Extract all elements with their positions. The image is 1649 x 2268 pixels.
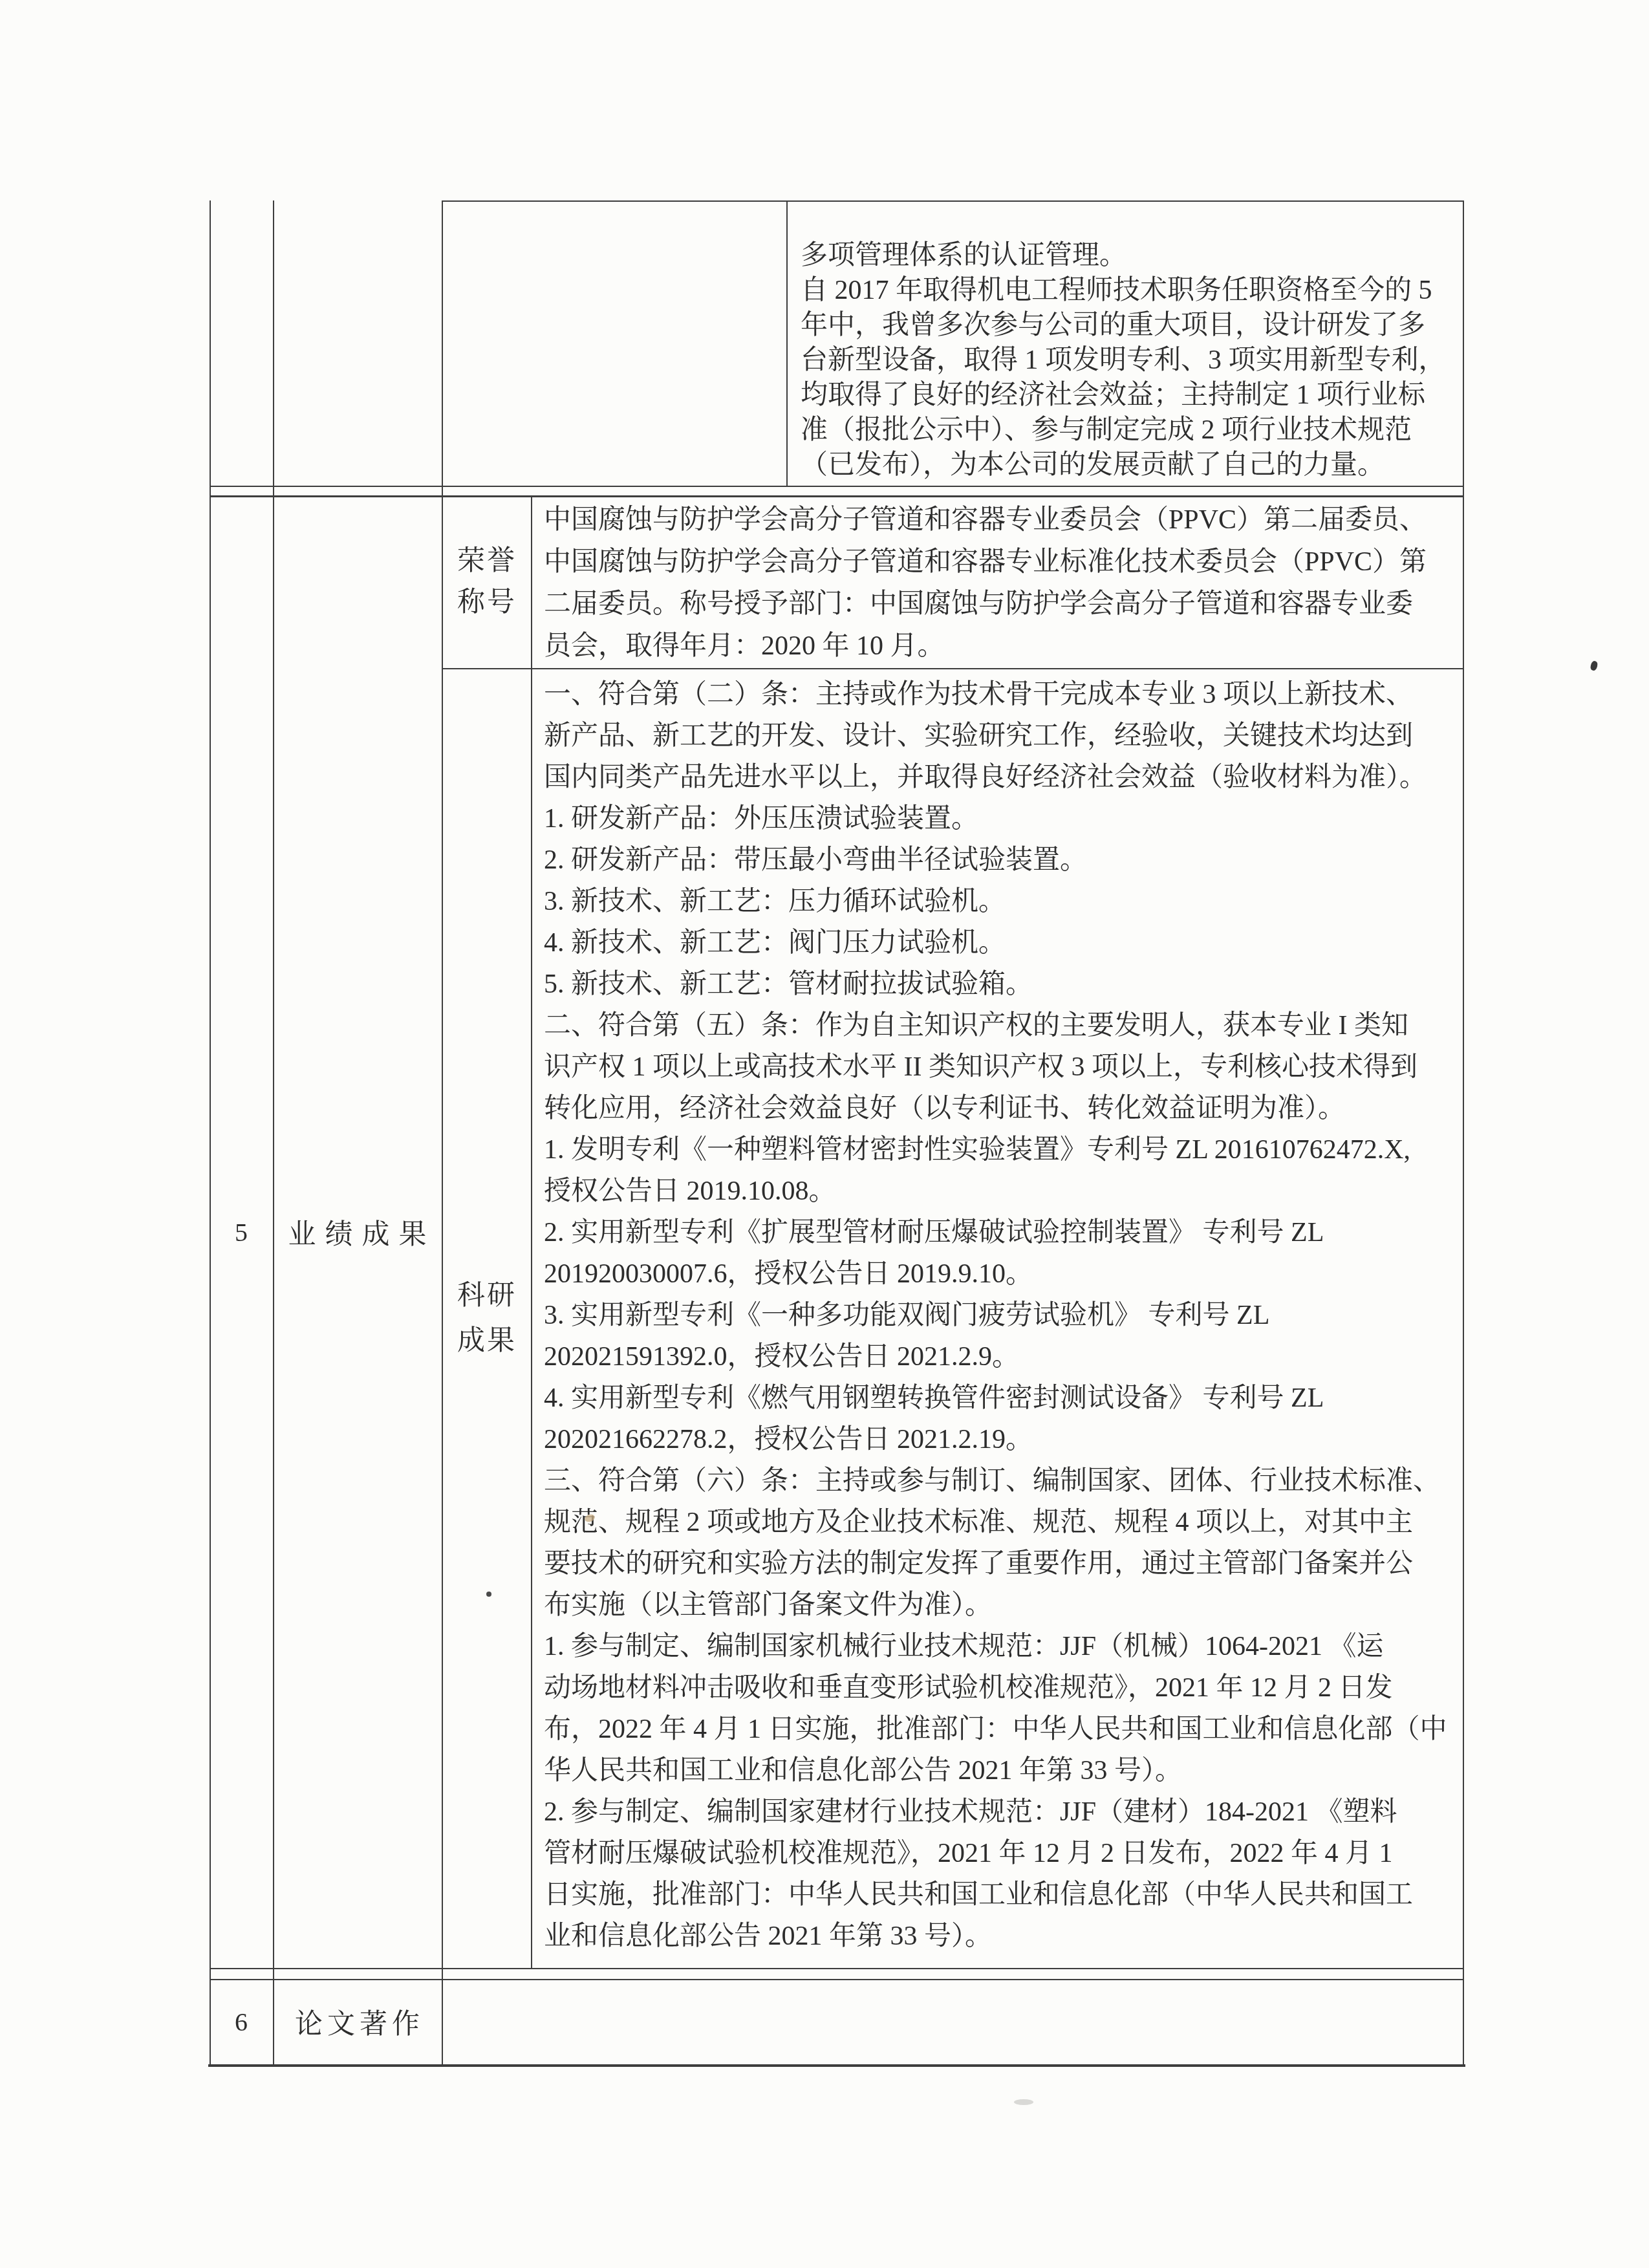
text-line: 二届委员。称号授予部门：中国腐蚀与防护学会高分子管道和容器专业委: [544, 583, 1458, 625]
text-line: 3. 新技术、新工艺：压力循环试验机。: [544, 881, 1458, 922]
table-border-honor-research-divider: [442, 668, 1464, 669]
text-line: 识产权 1 项以上或高技术水平 II 类知识产权 3 项以上，专利核心技术得到: [544, 1046, 1458, 1088]
text-line: 1. 研发新产品：外压压溃试验装置。: [544, 798, 1458, 839]
text-line: 中国腐蚀与防护学会高分子管道和容器专业标准化技术委员会（PPVC）第: [544, 541, 1458, 583]
text-line: 多项管理体系的认证管理。: [801, 238, 1455, 273]
text-line: 2. 参与制定、编制国家建材行业技术规范：JJF（建材）184-2021 《塑料: [544, 1791, 1458, 1833]
text-line: 5. 新技术、新工艺：管材耐拉拔试验箱。: [544, 964, 1458, 1005]
text-line: 员会，取得年月：2020 年 10 月。: [544, 625, 1458, 667]
text-line: 国内同类产品先进水平以上，并取得良好经济社会效益（验收材料为准）。: [544, 757, 1458, 798]
text-line: 管材耐压爆破试验机校准规范》，2021 年 12 月 2 日发布，2022 年 …: [544, 1833, 1458, 1874]
text-line: 准（报批公示中）、参与制定完成 2 项行业技术规范: [801, 413, 1455, 448]
text-line: 一、符合第（二）条：主持或作为技术骨干完成本专业 3 项以上新技术、: [544, 674, 1458, 715]
text-line: 201920030007.6，授权公告日 2019.9.10。: [544, 1253, 1458, 1295]
table-border-row5-divider-upper: [210, 486, 1464, 487]
text-line: 业和信息化部公告 2021 年第 33 号）。: [544, 1916, 1458, 1957]
text-line: 3. 实用新型专利《一种多功能双阀门疲劳试验机》 专利号 ZL: [544, 1295, 1458, 1336]
text-line: 荣誉: [457, 541, 517, 582]
text-line: 布，2022 年 4 月 1 日实施，批准部门：中华人民共和国工业和信息化部（中: [544, 1709, 1458, 1750]
table-border-right: [1463, 200, 1464, 2067]
research-achievements-content-cell: 一、符合第（二）条：主持或作为技术骨干完成本专业 3 项以上新技术、新产品、新工…: [544, 674, 1458, 1957]
text-line: 新产品、新工艺的开发、设计、实验研究工作，经验收，关键技术均达到: [544, 715, 1458, 757]
scan-speck: [1590, 660, 1599, 671]
text-line: 成果: [457, 1319, 517, 1364]
text-line: 授权公告日 2019.10.08。: [544, 1171, 1458, 1212]
scan-smudge: [1014, 2099, 1033, 2105]
research-achievements-label-cell: 科研成果: [443, 669, 531, 1968]
table-border-row5-sublabel: [531, 495, 532, 1969]
text-line: 202021591392.0，授权公告日 2021.2.9。: [544, 1336, 1458, 1377]
table-border-row6-divider-upper: [210, 1968, 1464, 1969]
continuation-text-cell: 多项管理体系的认证管理。自 2017 年取得机电工程师技术职务任职资格至今的 5…: [801, 238, 1455, 482]
text-line: 要技术的研究和实验方法的制定发挥了重要作用，通过主管部门备案并公: [544, 1543, 1458, 1584]
text-line: 年中，我曾多次参与公司的重大项目，设计研发了多: [801, 308, 1455, 343]
text-line: 台新型设备，取得 1 项发明专利、3 项实用新型专利，: [801, 343, 1455, 378]
text-line: 4. 新技术、新工艺：阀门压力试验机。: [544, 922, 1458, 964]
text-line: 科研: [457, 1273, 517, 1319]
text-line: 二、符合第（五）条：作为自主知识产权的主要发明人，获本专业 I 类知: [544, 1005, 1458, 1046]
row5-number-cell: 5: [210, 496, 273, 1968]
text-line: 日实施，批准部门：中华人民共和国工业和信息化部（中华人民共和国工: [544, 1874, 1458, 1916]
text-line: 2. 实用新型专利《扩展型管材耐压爆破试验控制装置》 专利号 ZL: [544, 1212, 1458, 1253]
honor-title-content-cell: 中国腐蚀与防护学会高分子管道和容器专业委员会（PPVC）第二届委员、中国腐蚀与防…: [544, 499, 1458, 667]
text-line: 称号: [457, 582, 517, 623]
honor-title-label-cell: 荣誉称号: [443, 496, 531, 668]
row6-category-cell: 论文著作: [273, 1979, 442, 2064]
row6-content-cell: [443, 1980, 1463, 2064]
text-line: 中国腐蚀与防护学会高分子管道和容器专业委员会（PPVC）第二届委员、: [544, 499, 1458, 541]
text-line: 动场地材料冲击吸收和垂直变形试验机校准规范》，2021 年 12 月 2 日发: [544, 1667, 1458, 1709]
scan-speck: [486, 1592, 491, 1597]
text-line: 1. 参与制定、编制国家机械行业技术规范：JJF（机械）1064-2021 《运: [544, 1626, 1458, 1667]
row6-number-cell: 6: [210, 1979, 273, 2064]
text-line: 自 2017 年取得机电工程师技术职务任职资格至今的 5: [801, 273, 1455, 308]
text-line: 202021662278.2，授权公告日 2021.2.19。: [544, 1419, 1458, 1460]
scanned-document-page: 多项管理体系的认证管理。自 2017 年取得机电工程师技术职务任职资格至今的 5…: [0, 0, 1649, 2268]
text-line: 转化应用，经济社会效益良好（以专利证书、转化效益证明为准）。: [544, 1088, 1458, 1129]
text-line: 均取得了良好的经济社会效益；主持制定 1 项行业标: [801, 378, 1455, 413]
text-line: 三、符合第（六）条：主持或参与制订、编制国家、团体、行业技术标准、: [544, 1460, 1458, 1502]
row5-category-cell: 业绩成果: [273, 496, 442, 1968]
table-border-top: [442, 200, 1464, 202]
text-line: （已发布），为本公司的发展贡献了自己的力量。: [801, 448, 1455, 482]
text-line: 1. 发明专利《一种塑料管材密封性实验装置》专利号 ZL 20161076247…: [544, 1129, 1458, 1171]
text-line: 布实施（以主管部门备案文件为准）。: [544, 1584, 1458, 1626]
text-line: 2. 研发新产品：带压最小弯曲半径试验装置。: [544, 839, 1458, 881]
table-border-continuation-sublabel: [786, 200, 788, 487]
text-line: 华人民共和国工业和信息化部公告 2021 年第 33 号）。: [544, 1750, 1458, 1791]
table-border-bottom: [208, 2064, 1465, 2067]
text-line: 4. 实用新型专利《燃气用钢塑转换管件密封测试设备》 专利号 ZL: [544, 1377, 1458, 1419]
text-line: 规范、规程 2 项或地方及企业技术标准、规范、规程 4 项以上，对其中主: [544, 1502, 1458, 1543]
